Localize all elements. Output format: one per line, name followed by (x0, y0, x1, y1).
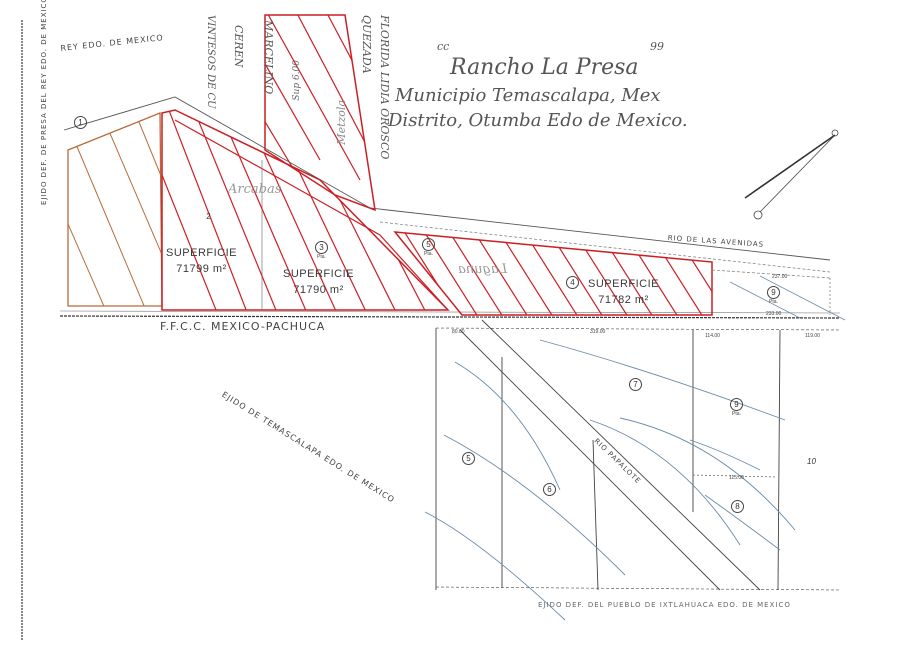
superficie-area: 71799 m² (166, 261, 237, 277)
parcel-number-9b: 9 (767, 286, 780, 299)
parcel-number-8: 8 (731, 500, 744, 513)
boundary-west: EJIDO DEF. DE PRESA DEL REY EDO. DE MEXI… (40, 0, 48, 205)
parcel-1 (40, 100, 220, 320)
parcel-number-2: 2 (203, 211, 214, 222)
ranch-title: Rancho La Presa (450, 55, 639, 80)
parcel-number-9a: 9 (730, 398, 743, 411)
parcel-number-10: 10 (806, 456, 817, 467)
railway-line (60, 316, 840, 318)
municipio-title: Municipio Temascalapa, Mex (395, 85, 661, 106)
measure-2: 319.00 (590, 329, 605, 335)
railway-label: F.F.C.C. MEXICO-PACHUCA (160, 320, 325, 333)
superficie-area: 71790 m² (283, 282, 354, 298)
distrito-title: Distrito, Otumba Edo de Mexico. (388, 110, 688, 131)
parcel-9b-pta: Pta. (769, 299, 778, 305)
parcel-2-superficie: SUPERFICIE 71799 m² (166, 245, 237, 277)
parcel-9a-pta: Pta. (732, 411, 741, 417)
superficie-label: SUPERFICIE (588, 276, 659, 292)
note-sup: Sup 6.00 (292, 60, 302, 101)
parcel-4-superficie: SUPERFICIE 71782 m² (588, 276, 659, 308)
parcel-number-6: 6 (543, 483, 556, 496)
superficie-label: SUPERFICIE (283, 266, 354, 282)
note-arcabas: Arcabas (228, 182, 281, 197)
owner-marcelino-3: VINTESOS DE CU (205, 15, 216, 109)
owner-marcelino-1: MARCELINO (262, 20, 275, 94)
parcel-3-pta: Pta. (317, 254, 326, 260)
note-laguna: Laguna (458, 262, 507, 277)
parcel-3-superficie: SUPERFICIE 71790 m² (283, 266, 354, 298)
measure-5: 233.00 (766, 311, 781, 317)
parcel-number-7: 7 (629, 378, 642, 391)
parcel-number-1: 1 (74, 116, 87, 129)
measure-1: 80.00 (452, 329, 465, 335)
superficie-label: SUPERFICIE (166, 245, 237, 261)
parcel-number-4: 4 (566, 276, 579, 289)
superficie-area: 71782 m² (588, 292, 659, 308)
railway-line-inner (60, 311, 840, 313)
mark-cc: cc (437, 40, 449, 53)
owner-florida-1: FLORIDA LIDIA OROSCO (378, 15, 391, 159)
owner-marcelino-2: CEREN (232, 25, 245, 67)
parcel-5a-pta: Pta. (424, 251, 433, 257)
measure-4: 119.00 (805, 333, 820, 339)
parcel-number-5a: 5 (422, 238, 435, 251)
measure-6: 237.00 (772, 274, 787, 280)
owner-florida-2: QUEZADA (360, 15, 373, 74)
boundary-south: EJIDO DEF. DEL PUEBLO DE IXTLAHUACA EDO.… (538, 601, 791, 609)
parcel-number-5b: 5 (462, 452, 475, 465)
measure-7: 115.00 (729, 475, 744, 481)
parcel-number-3: 3 (315, 241, 328, 254)
note-metzola: Metzola (335, 100, 348, 145)
north-arrow-icon (745, 130, 838, 219)
mark-year: 99 (650, 40, 664, 53)
measure-3: 114.00 (705, 333, 720, 339)
